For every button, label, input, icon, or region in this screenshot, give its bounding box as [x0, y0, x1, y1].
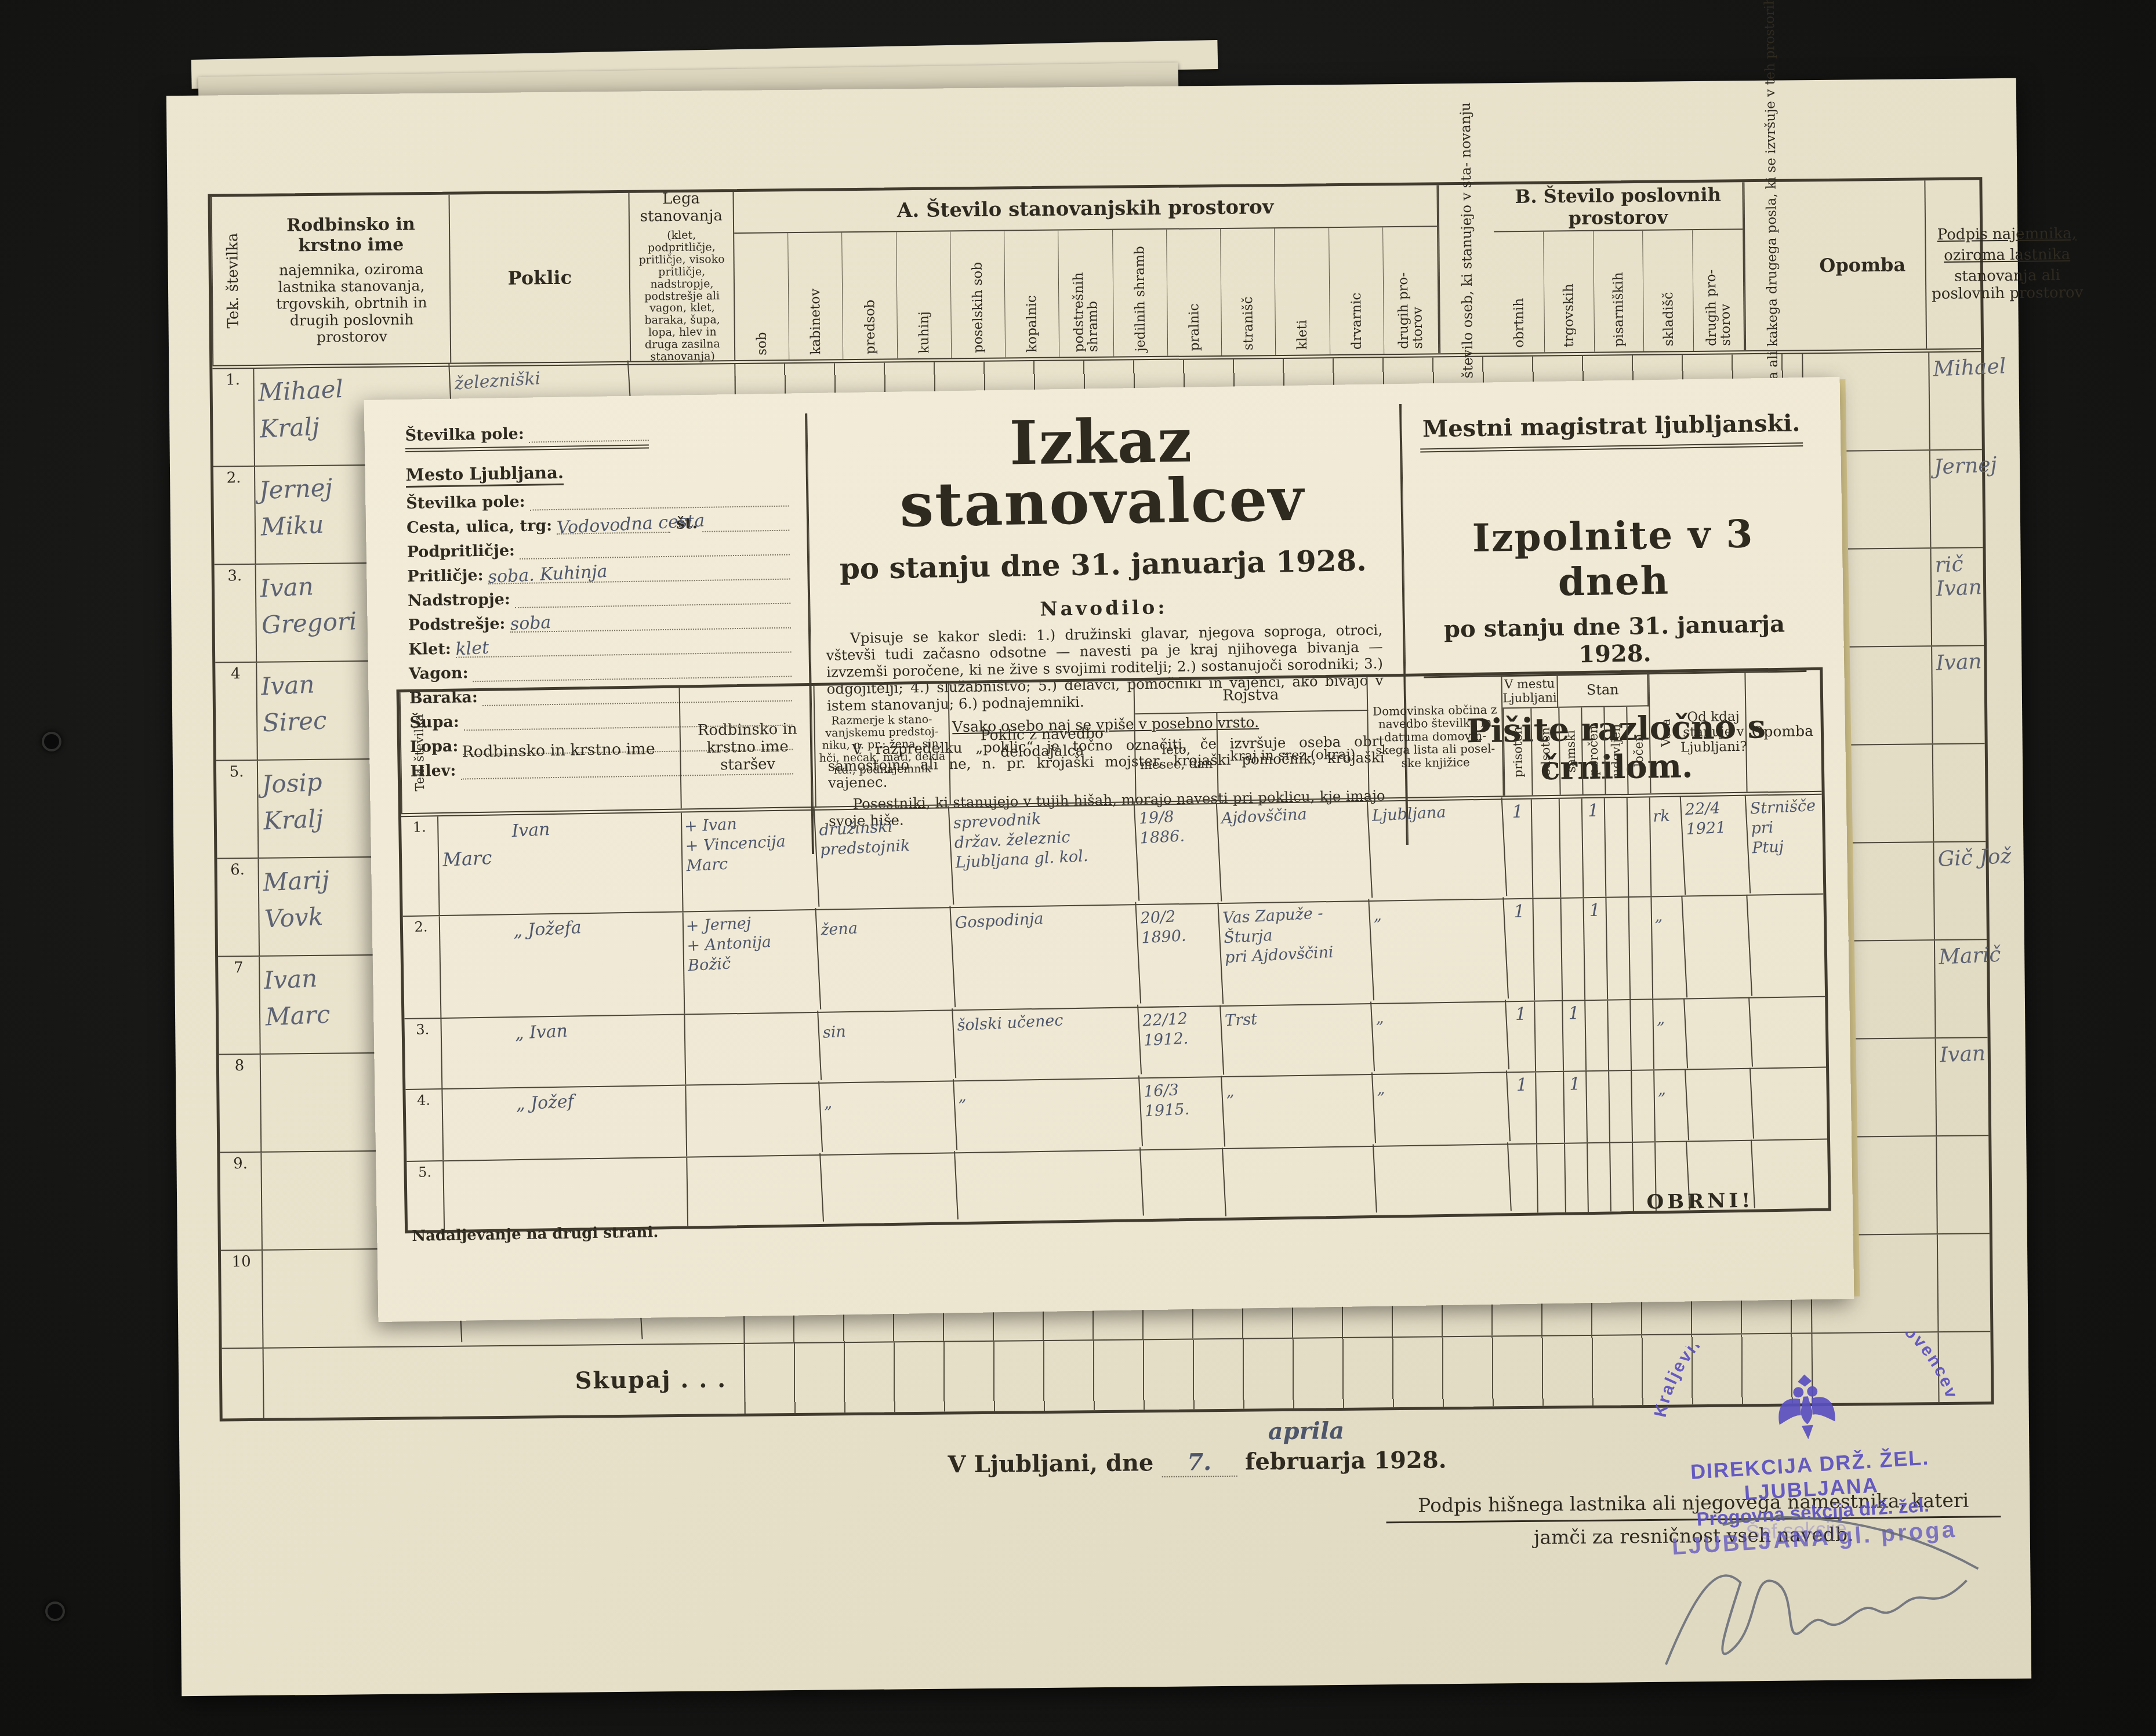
cell-name: Ivan Marc — [438, 813, 684, 916]
bg-col-podpis: Podpis najemnika, oziroma lastnika stano… — [1925, 179, 2089, 349]
cell-birthplace: Vas Zapuže - Šturja pri Ajdovščini — [1219, 899, 1375, 1008]
bg-row-signature: Gič Jož — [1933, 838, 2099, 942]
col-leto: leto, mesec, dan — [1135, 713, 1218, 801]
cell-number: 3. — [404, 1019, 442, 1089]
bg-section-b-title: B. Število poslovnih prostorov — [1493, 182, 1743, 232]
bg-a-col-label: pralnic — [1167, 229, 1222, 356]
col-porocen: poročen — [1581, 707, 1605, 795]
col-name: Rodbinsko in krstno ime — [437, 688, 682, 813]
col-poklic: Poklic z navedbo delodajalca — [949, 681, 1136, 804]
cell-name: „ Jožefa — [440, 913, 685, 1018]
cell-porocen: 1 — [1584, 898, 1608, 1000]
bg-col-oznacba: Označba trgovine, obrta ali kakega druge… — [1743, 181, 1801, 350]
field-stevilka-pole: Številka pole: — [405, 422, 649, 452]
cell-birthplace: Ajdovščina — [1217, 799, 1373, 905]
date-line: V Ljubljani, dne 7. aprila februarja 192… — [948, 1446, 1446, 1479]
bg-row-number: 5. — [216, 761, 259, 858]
col-locen: ločen — [1626, 706, 1650, 794]
bg-row-signature — [1935, 1132, 2101, 1236]
cell-locen — [1632, 1070, 1656, 1142]
magistrate-title: Mestni magistrat ljubljanski. — [1420, 409, 1803, 452]
cell-locen — [1628, 797, 1652, 896]
bg-section-a-title: A. Število stanovanjskih prostorov — [734, 185, 1437, 234]
cell-birthdate — [1141, 1148, 1226, 1221]
bg-b-col-label: pisarniških — [1594, 231, 1645, 352]
col-odsoten: odsoten — [1530, 708, 1559, 796]
bg-col-tek: Tek. številka — [211, 197, 255, 365]
cell-domovinska: „ — [1370, 897, 1509, 1005]
cell-udovljen — [1610, 1143, 1634, 1212]
bg-a-col-label: predsob — [843, 232, 898, 359]
cell-birthplace: „ — [1222, 1072, 1376, 1150]
continuation-note: Nadaljevanje na drugi strani. — [412, 1223, 658, 1245]
bg-row-signature: Ivan — [1934, 1034, 2100, 1138]
cell-poklic: šolski učenec — [953, 1005, 1142, 1084]
cell-name: „ Jožef — [442, 1086, 687, 1161]
bg-section-a: A. Število stanovanjskih prostorov sobka… — [734, 185, 1439, 360]
cell-domovinska: „ — [1373, 1070, 1511, 1148]
cell-relation — [821, 1151, 959, 1226]
col-tek: Tek. številka — [400, 692, 438, 813]
bg-col-opomba: Opomba — [1799, 180, 1927, 350]
photo-of-archival-documents: Tek. številka Rodbinsko in krstno ime na… — [0, 0, 2156, 1736]
date-month-handwritten: aprila — [1268, 1417, 1345, 1445]
bg-b-col-label: obrtnih — [1494, 232, 1545, 353]
cell-porocen — [1585, 1001, 1609, 1071]
board-screw — [42, 732, 61, 751]
navodilo-heading: Navodilo: — [825, 593, 1382, 624]
col-relation: Razmerje k stano- vanjskemu predstoj- ni… — [815, 684, 951, 807]
date-day-handwritten: 7. — [1162, 1448, 1237, 1477]
bg-a-col-label: jedilnih shramb — [1113, 230, 1168, 357]
owner-signature-scribble — [1653, 1487, 2002, 1690]
cell-locen — [1631, 1000, 1654, 1070]
cell-relation: žena — [816, 906, 956, 1014]
cell-prisoten: 1 — [1505, 899, 1535, 1001]
form-title: Izkaz stanovalcev — [822, 408, 1381, 537]
col-vera: Vera — [1648, 672, 1682, 793]
bg-row-signature — [1936, 1230, 2102, 1334]
cell-number: 1. — [401, 816, 440, 916]
bg-section-b-cols: obrtnihtrgovskihpisarniškihskladiščdrugi… — [1494, 230, 1744, 353]
cell-parents — [686, 1153, 824, 1229]
cell-samski: 1 — [1563, 1001, 1587, 1071]
cell-parents — [685, 1081, 823, 1159]
cell-number: 2. — [403, 916, 442, 1018]
cell-locen — [1629, 897, 1653, 999]
cell-samski — [1565, 1143, 1589, 1212]
bg-row-number: 1. — [212, 369, 255, 466]
residents-table: Tek. številka Rodbinsko in krstno ime Ro… — [397, 667, 1831, 1234]
cell-odkdaj — [1686, 1068, 1754, 1142]
cell-odkdaj — [1682, 895, 1752, 999]
bg-b-col-label: trgovskih — [1544, 231, 1595, 353]
cell-vera: „ — [1652, 999, 1688, 1070]
date-prefix: V Ljubljani, dne — [948, 1449, 1153, 1478]
cell-udovljen — [1605, 798, 1629, 897]
cell-relation: družinski predstojnik — [815, 806, 954, 911]
cell-domovinska: Ljubljana — [1368, 797, 1507, 903]
form-subtitle: po stanju dne 31. januarja 1928. — [825, 543, 1382, 586]
cell-samski — [1560, 798, 1584, 898]
cell-odsoten — [1535, 1001, 1564, 1072]
col-domovinska: Domovinska občina z navedbo številke in … — [1367, 675, 1504, 798]
fill-in-3-days: Izpolnite v 3 dneh — [1421, 510, 1805, 606]
col-udovljen: udovljen — [1603, 707, 1627, 794]
bg-a-col-label: podstrešnih shramb — [1059, 230, 1114, 357]
bg-row-signature: rič Ivan — [1930, 544, 2096, 648]
cell-birthdate: 22/12 1912. — [1138, 1005, 1224, 1079]
cell-udovljen — [1608, 1000, 1632, 1070]
cell-vera: „ — [1653, 1069, 1689, 1142]
cell-number: 4. — [405, 1089, 444, 1161]
cell-opomba — [1750, 996, 1825, 1069]
col-samski: samski — [1558, 707, 1582, 795]
cell-prisoten — [1509, 1144, 1538, 1213]
date-month-printed: februarja 1928. — [1245, 1446, 1447, 1475]
cell-opomba — [1747, 894, 1824, 998]
cell-prisoten: 1 — [1508, 1072, 1537, 1143]
cell-odkdaj — [1685, 997, 1753, 1070]
stamp-arc: Kraljevina Srbov, Hrvatov in Slovencev — [1623, 1327, 1988, 1459]
cell-birthdate: 19/8 1886. — [1135, 803, 1222, 906]
cell-poklic: „ — [954, 1076, 1143, 1156]
cell-relation: „ — [819, 1079, 957, 1157]
cell-vera: „ — [1650, 896, 1687, 1000]
bg-a-col-label: sob — [734, 233, 789, 360]
col-prisoten: prisoten — [1502, 709, 1531, 796]
bg-a-col-label: drugih pro- storov — [1383, 227, 1438, 354]
cell-odsoten — [1532, 799, 1562, 898]
field-mesto: Mesto Ljubljana. — [405, 463, 564, 488]
cell-birthdate: 16/3 1915. — [1139, 1076, 1225, 1151]
bg-section-a-cols: sobkabinetovpredsobkuhinjposelskih sobko… — [734, 227, 1438, 360]
cell-samski — [1561, 898, 1585, 1000]
col-kraj: kraj in srez (okraj) — [1217, 711, 1369, 800]
cell-poklic: Gospodinja — [951, 902, 1141, 1013]
cell-parents: + Ivan + Vincencija Marc — [680, 808, 819, 914]
col-opomba: Opomba — [1745, 670, 1819, 792]
cell-name — [444, 1157, 688, 1230]
cell-opomba: Strnišče pri Ptuj — [1746, 794, 1823, 896]
cell-vera: rk — [1649, 797, 1686, 897]
bg-row-number: 3. — [215, 565, 257, 662]
bg-row-number: 7 — [218, 957, 261, 1054]
bg-row-number: 6. — [217, 859, 260, 956]
cell-parents: + Jernej + Antonija Božič — [682, 908, 822, 1016]
cell-prisoten: 1 — [1504, 800, 1534, 899]
bg-section-b: B. Število poslovnih prostorov obrtnihtr… — [1493, 182, 1745, 353]
col-odkdaj: Od kdaj stanuje v Ljubljani? — [1680, 671, 1747, 793]
bg-a-col-label: kuhinj — [896, 231, 952, 358]
cell-birthplace: Trst — [1221, 1001, 1375, 1078]
bg-b-col-label: skladišč — [1643, 230, 1694, 351]
cell-birthplace — [1223, 1144, 1377, 1220]
cell-odsoten — [1537, 1144, 1566, 1213]
cell-opomba — [1752, 1139, 1827, 1211]
bg-row-number: 9. — [220, 1153, 263, 1250]
residents-table-header: Tek. številka Rodbinsko in krstno ime Ro… — [400, 670, 1822, 817]
cell-odkdaj: 22/4 1921 — [1681, 795, 1751, 896]
bg-row-number: 10 — [221, 1251, 264, 1348]
col-stan-group: Stan — [1558, 673, 1649, 707]
col-parents: Rodbinsko in krstno ime staršev — [680, 686, 816, 809]
bg-a-col-label: kabinetov — [788, 233, 843, 359]
double-eagle-emblem — [1776, 1373, 1836, 1441]
izkaz-stanovalcev-sheet: Številka pole: Mesto Ljubljana. Številka… — [364, 377, 1854, 1322]
bg-table-header: Tek. številka Rodbinsko in krstno ime na… — [211, 180, 1981, 369]
bg-a-col-label: drvarnic — [1329, 227, 1384, 354]
cell-number: 5. — [406, 1161, 445, 1230]
cell-opomba — [1751, 1067, 1826, 1141]
bg-row-signature — [1932, 740, 2097, 844]
cell-parents — [684, 1011, 822, 1087]
cell-udovljen — [1609, 1071, 1633, 1142]
bg-skupaj-empty — [222, 1349, 264, 1419]
bg-row-signature: Mihael — [1928, 348, 2093, 452]
cell-name: „ Ivan — [441, 1015, 686, 1089]
bg-row-signature: Marič — [1933, 936, 2099, 1040]
cell-poklic: sprevodnik držav. železnic Ljubljana gl.… — [949, 802, 1139, 910]
cell-porocen: 1 — [1582, 798, 1607, 898]
bg-a-col-label: kopalnic — [1004, 231, 1059, 358]
cell-odsoten — [1533, 899, 1563, 1001]
bg-col-name: Rodbinsko in krstno ime najemnika, oziro… — [252, 195, 451, 365]
bg-row-number: 8 — [219, 1055, 262, 1152]
bg-row-number: 4 — [215, 663, 258, 760]
bg-skupaj-label: Skupaj . . . — [264, 1344, 746, 1418]
bg-a-col-label: poselskih sob — [950, 231, 1006, 358]
cell-samski: 1 — [1564, 1072, 1588, 1143]
bg-col-lega: Lega stanovanja (klet, podpritličje, pri… — [629, 192, 735, 361]
residents-table-rows: 1. Ivan Marc + Ivan + Vincencija Marc dr… — [401, 795, 1828, 1230]
cell-relation: sin — [818, 1008, 956, 1085]
cell-odsoten — [1536, 1072, 1565, 1143]
bg-row-number: 2. — [213, 467, 256, 564]
bg-row-signature: Jernej — [1929, 446, 2095, 550]
board-screw — [45, 1601, 65, 1621]
col-vmestu-group: V mestu Ljubljani — [1502, 674, 1558, 709]
obrni-note: OBRNI! — [1646, 1189, 1754, 1214]
cell-porocen — [1588, 1143, 1611, 1212]
bg-col-skupno: Skupno število oseb, ki stanujejo v sta-… — [1438, 184, 1495, 353]
bg-a-col-label: kleti — [1275, 228, 1330, 355]
cell-birthdate: 20/2 1890. — [1137, 903, 1224, 1008]
bg-col-poklic: Poklic — [449, 193, 631, 363]
bg-b-col-label: drugih pro- storov — [1693, 230, 1744, 351]
cell-prisoten: 1 — [1507, 1001, 1536, 1072]
cell-udovljen — [1606, 898, 1631, 1000]
cell-porocen — [1587, 1071, 1610, 1142]
bg-row-signature: Ivan — [1930, 642, 2096, 746]
cell-domovinska — [1374, 1142, 1512, 1218]
bg-a-col-label: stranišč — [1221, 228, 1276, 355]
col-rojstva-group: Rojstva — [1134, 677, 1368, 714]
cell-poklic — [955, 1147, 1144, 1225]
cell-domovinska: „ — [1371, 1000, 1509, 1076]
